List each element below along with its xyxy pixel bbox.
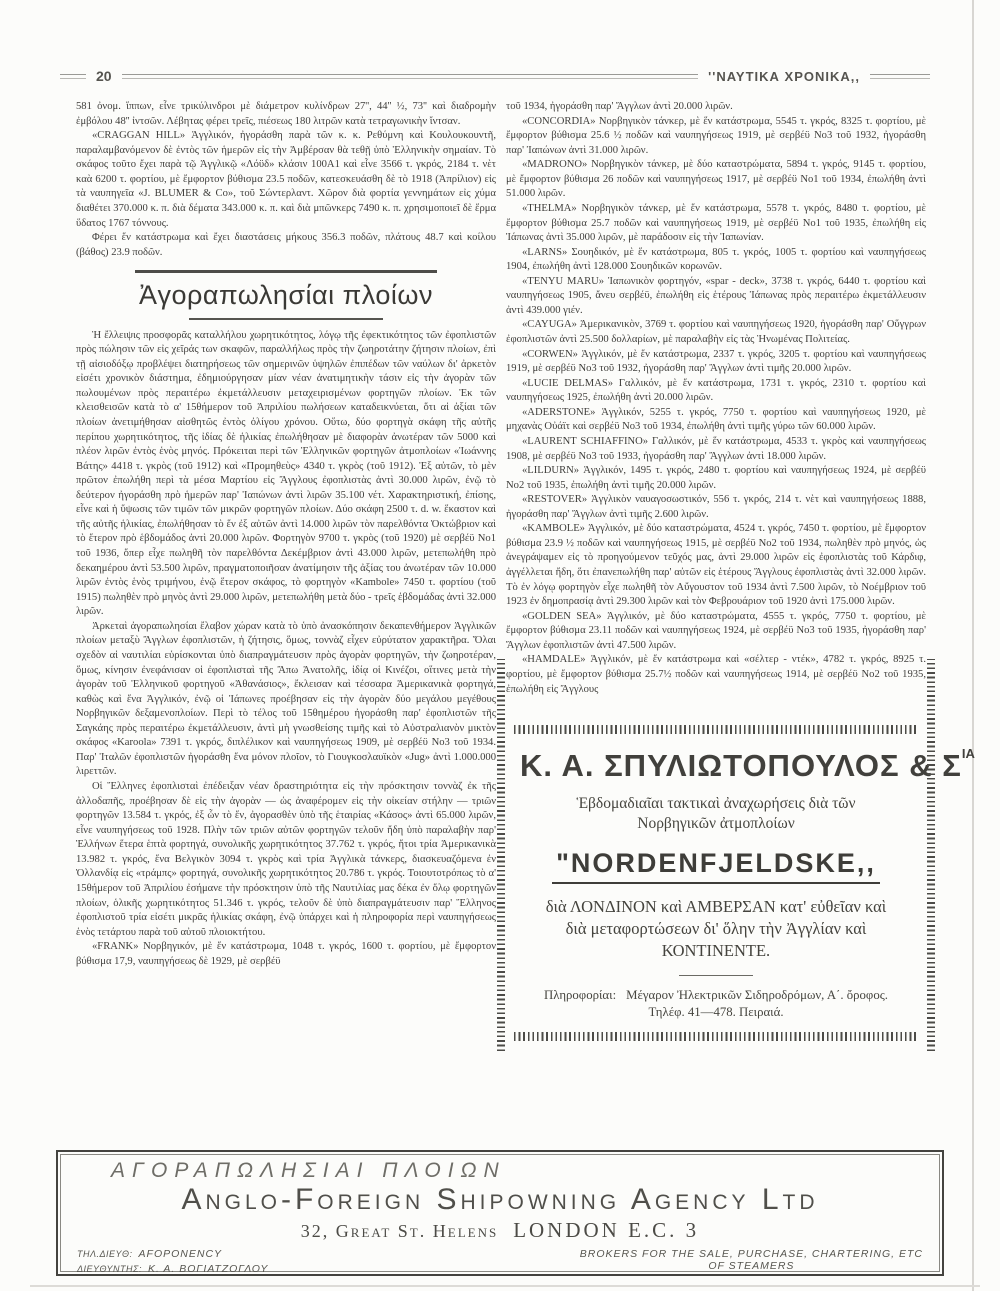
agency-address: 32, Great St. Helens LONDON E.C. 3 [77,1218,923,1243]
scan-page-edge [972,0,974,1291]
director-value: Κ. Α. ΒΟΓΙΑΤΖΟΓΛΟΥ [148,1263,268,1275]
advertiser-name-main: Κ. Α. ΣΠΥΛΙΩΤΟΠΟΥΛΟΣ & Σ [520,748,962,783]
article-paragraph: Ἀρκεταὶ ἀγοραπωλησίαι ἔλαβον χώραν κατὰ … [76,620,496,780]
ad-brand-wrap: "NORDENFJELDSKE,, [520,848,912,884]
ship-entry: «HAMDALE» Ἀγγλικόν, μὲ ἕν κατάστρωμα καὶ… [506,653,926,697]
ship-entry: «KAMBOLE» Ἀγγλικόν, μὲ δύο καταστρώματα,… [506,522,926,609]
scan-page-edge-bottom [30,1285,980,1287]
ship-entry: «RESTOVER» Ἀγγλικὸν ναυαγοσωστικόν, 556 … [506,493,926,522]
header-rule [870,74,930,79]
section-headline-block: Ἀγοραπωλησίαι πλοίων [76,270,496,319]
ad-footer: ΤΗΛ.ΔΙΕΥΘ:AFOPONENCY ΔΙΕΥΘΥΝΤΗΣ:Κ. Α. ΒΟ… [77,1248,923,1278]
brokers-line-1: BROKERS FOR THE SALE, PURCHASE, CHARTERI… [580,1248,923,1260]
ship-entry: «CORWEN» Ἀγγλικόν, μὲ ἕν κατάστρωμα, 233… [506,348,926,377]
agency-address-city: LONDON E.C. 3 [513,1218,699,1242]
agency-name: Anglo-Foreign Shipowning Agency Ltd [77,1183,923,1217]
ship-entry: «GOLDEN SEA» Ἀγγλικόν, μὲ δύο καταστρώμα… [506,610,926,654]
article-paragraph: «CRAGGAN HILL» Ἀγγλικόν, ἠγοράσθη παρὰ τ… [76,129,496,231]
ship-entry: «LILDURN» Ἀγγλικόν, 1495 τ. γκρός, 2480 … [506,464,926,493]
nordenfjeldske-ad: Κ. Α. ΣΠΥΛΙΩΤΟΠΟΥΛΟΣ & ΣΙΑ Ἑβδομαδιαῖαι … [506,711,926,1051]
director-label: ΔΙΕΥΘΥΝΤΗΣ: [77,1264,142,1274]
ship-entry: «LARNS» Σουηδικόν, μὲ ἕν κατάστρωμα, 805… [506,246,926,275]
ship-entry: «LUCIE DELMAS» Γαλλικόν, μὲ ἕν κατάστρωμ… [506,377,926,406]
article-paragraph: Ἡ ἔλλειψις προσφορᾶς καταλλήλου χωρητικό… [76,329,496,620]
right-column: τοῦ 1934, ἠγοράσθη παρ' Ἄγγλων ἀντὶ 20.0… [506,100,926,1051]
ad-routes-text: διὰ ΛΟΝΔΙΝΟΝ καὶ ΑΜΒΕΡΣΑΝ κατ' εὐθεῖαν κ… [536,896,897,961]
ad-tagline: Ἑβδομαδιαῖαι τακτικαὶ ἀναχωρήσεις διὰ τῶ… [544,794,889,834]
ad-greek-title: ΑΓΟΡΑΠΩΛΗΣΙΑΙ ΠΛΟΙΩΝ [77,1159,923,1183]
ad-info-text: Μέγαρον Ἠλεκτρικῶν Σιδηροδρόμων, Α΄. ὄρο… [626,988,888,1019]
director-line: ΔΙΕΥΘΥΝΤΗΣ:Κ. Α. ΒΟΓΙΑΤΖΟΓΛΟΥ [77,1263,268,1275]
anglo-foreign-ad: ΑΓΟΡΑΠΩΛΗΣΙΑΙ ΠΛΟΙΩΝ Anglo-Foreign Shipo… [56,1150,944,1276]
ship-entry: «TENYU MARU» Ἰαπωνικὸν φορτηγόν, «spar -… [506,275,926,319]
header-rule [122,74,699,79]
nordenfjeldske-ad-content: Κ. Α. ΣΠΥΛΙΩΤΟΠΟΥΛΟΣ & ΣΙΑ Ἑβδομαδιαῖαι … [514,734,918,1022]
ad-footer-left: ΤΗΛ.ΔΙΕΥΘ:AFOPONENCY ΔΙΕΥΘΥΝΤΗΣ:Κ. Α. ΒΟ… [77,1248,268,1278]
ad-hatch-border-right [927,659,935,1051]
headline-rule-top [135,270,437,272]
ship-entry: «CONCORDIA» Νορβηγικὸν τάνκερ, μὲ ἕν κατ… [506,115,926,159]
advertiser-name: Κ. Α. ΣΠΥΛΙΩΤΟΠΟΥΛΟΣ & ΣΙΑ [520,746,912,784]
ad-brand-name: "NORDENFJELDSKE,, [552,848,880,884]
article-paragraph: 581 ὀνομ. ἵππων, εἶνε τρικύλινδροι μὲ δι… [76,100,496,129]
journal-page: 20 ''ΝΑΥΤΙΚΑ ΧΡΟΝΙΚΑ,, 581 ὀνομ. ἵππων, … [0,0,1000,1291]
ad-info-label: Πληροφορίαι: [544,988,616,1002]
ship-entry: «LAURENT SCHIAFFINO» Γαλλικόν, μὲ ἕν κατ… [506,435,926,464]
advertiser-name-suffix: ΙΑ [962,746,975,761]
brokers-line-2: OF STEAMERS [580,1260,923,1272]
journal-title: ''ΝΑΥΤΙΚΑ ΧΡΟΝΙΚΑ,, [708,69,860,84]
article-body: 581 ὀνομ. ἵππων, εἶνε τρικύλινδροι μὲ δι… [76,100,926,1051]
article-paragraph: Φέρει ἕν κατάστρωμα καὶ ἔχει διαστάσεις … [76,231,496,260]
page-number: 20 [96,68,112,84]
ad-hatch-border-top [514,725,918,734]
telegraph-value: AFOPONENCY [139,1248,223,1260]
header-rule [60,74,86,79]
headline-rule-bottom [189,318,382,320]
article-paragraph: Οἱ Ἕλληνες ἐφοπλισταὶ ἐπέδειξαν νέαν δρα… [76,780,496,940]
ad-divider-rule [679,975,753,976]
ship-entry: «ADERSTONE» Ἀγγλικόν, 5255 τ. γκρός, 775… [506,406,926,435]
ad-hatch-border-bottom [514,1032,918,1041]
ship-entry: τοῦ 1934, ἠγοράσθη παρ' Ἄγγλων ἀντὶ 20.0… [506,100,926,115]
left-column: 581 ὀνομ. ἵππων, εἶνε τρικύλινδροι μὲ δι… [76,100,496,1051]
article-paragraph: «FRANK» Νορβηγικόν, μὲ ἕν κατάστρωμα, 10… [76,940,496,969]
ad-hatch-border-left [497,659,505,1051]
agency-address-street: 32, Great St. Helens [301,1221,498,1241]
section-headline: Ἀγοραπωλησίαι πλοίων [76,280,496,311]
ship-entry: «THELMA» Νορβηγικὸν τάνκερ, μὲ ἕν κατάστ… [506,202,926,246]
telegraph-line: ΤΗΛ.ΔΙΕΥΘ:AFOPONENCY [77,1248,268,1260]
ship-entry: «MADRONO» Νορβηγικὸν τάνκερ, μὲ δύο κατα… [506,158,926,202]
ad-contact-info: Πληροφορίαι:Μέγαρον Ἠλεκτρικῶν Σιδηροδρό… [528,987,904,1022]
ad-footer-right: BROKERS FOR THE SALE, PURCHASE, CHARTERI… [580,1248,923,1272]
telegraph-label: ΤΗΛ.ΔΙΕΥΘ: [77,1249,133,1259]
ship-entry: «CAYUGA» Ἀμερικανικὸν, 3769 τ. φορτίου κ… [506,318,926,347]
anglo-foreign-ad-frame: ΑΓΟΡΑΠΩΛΗΣΙΑΙ ΠΛΟΙΩΝ Anglo-Foreign Shipo… [60,1154,940,1272]
page-header: 20 ''ΝΑΥΤΙΚΑ ΧΡΟΝΙΚΑ,, [60,68,930,84]
